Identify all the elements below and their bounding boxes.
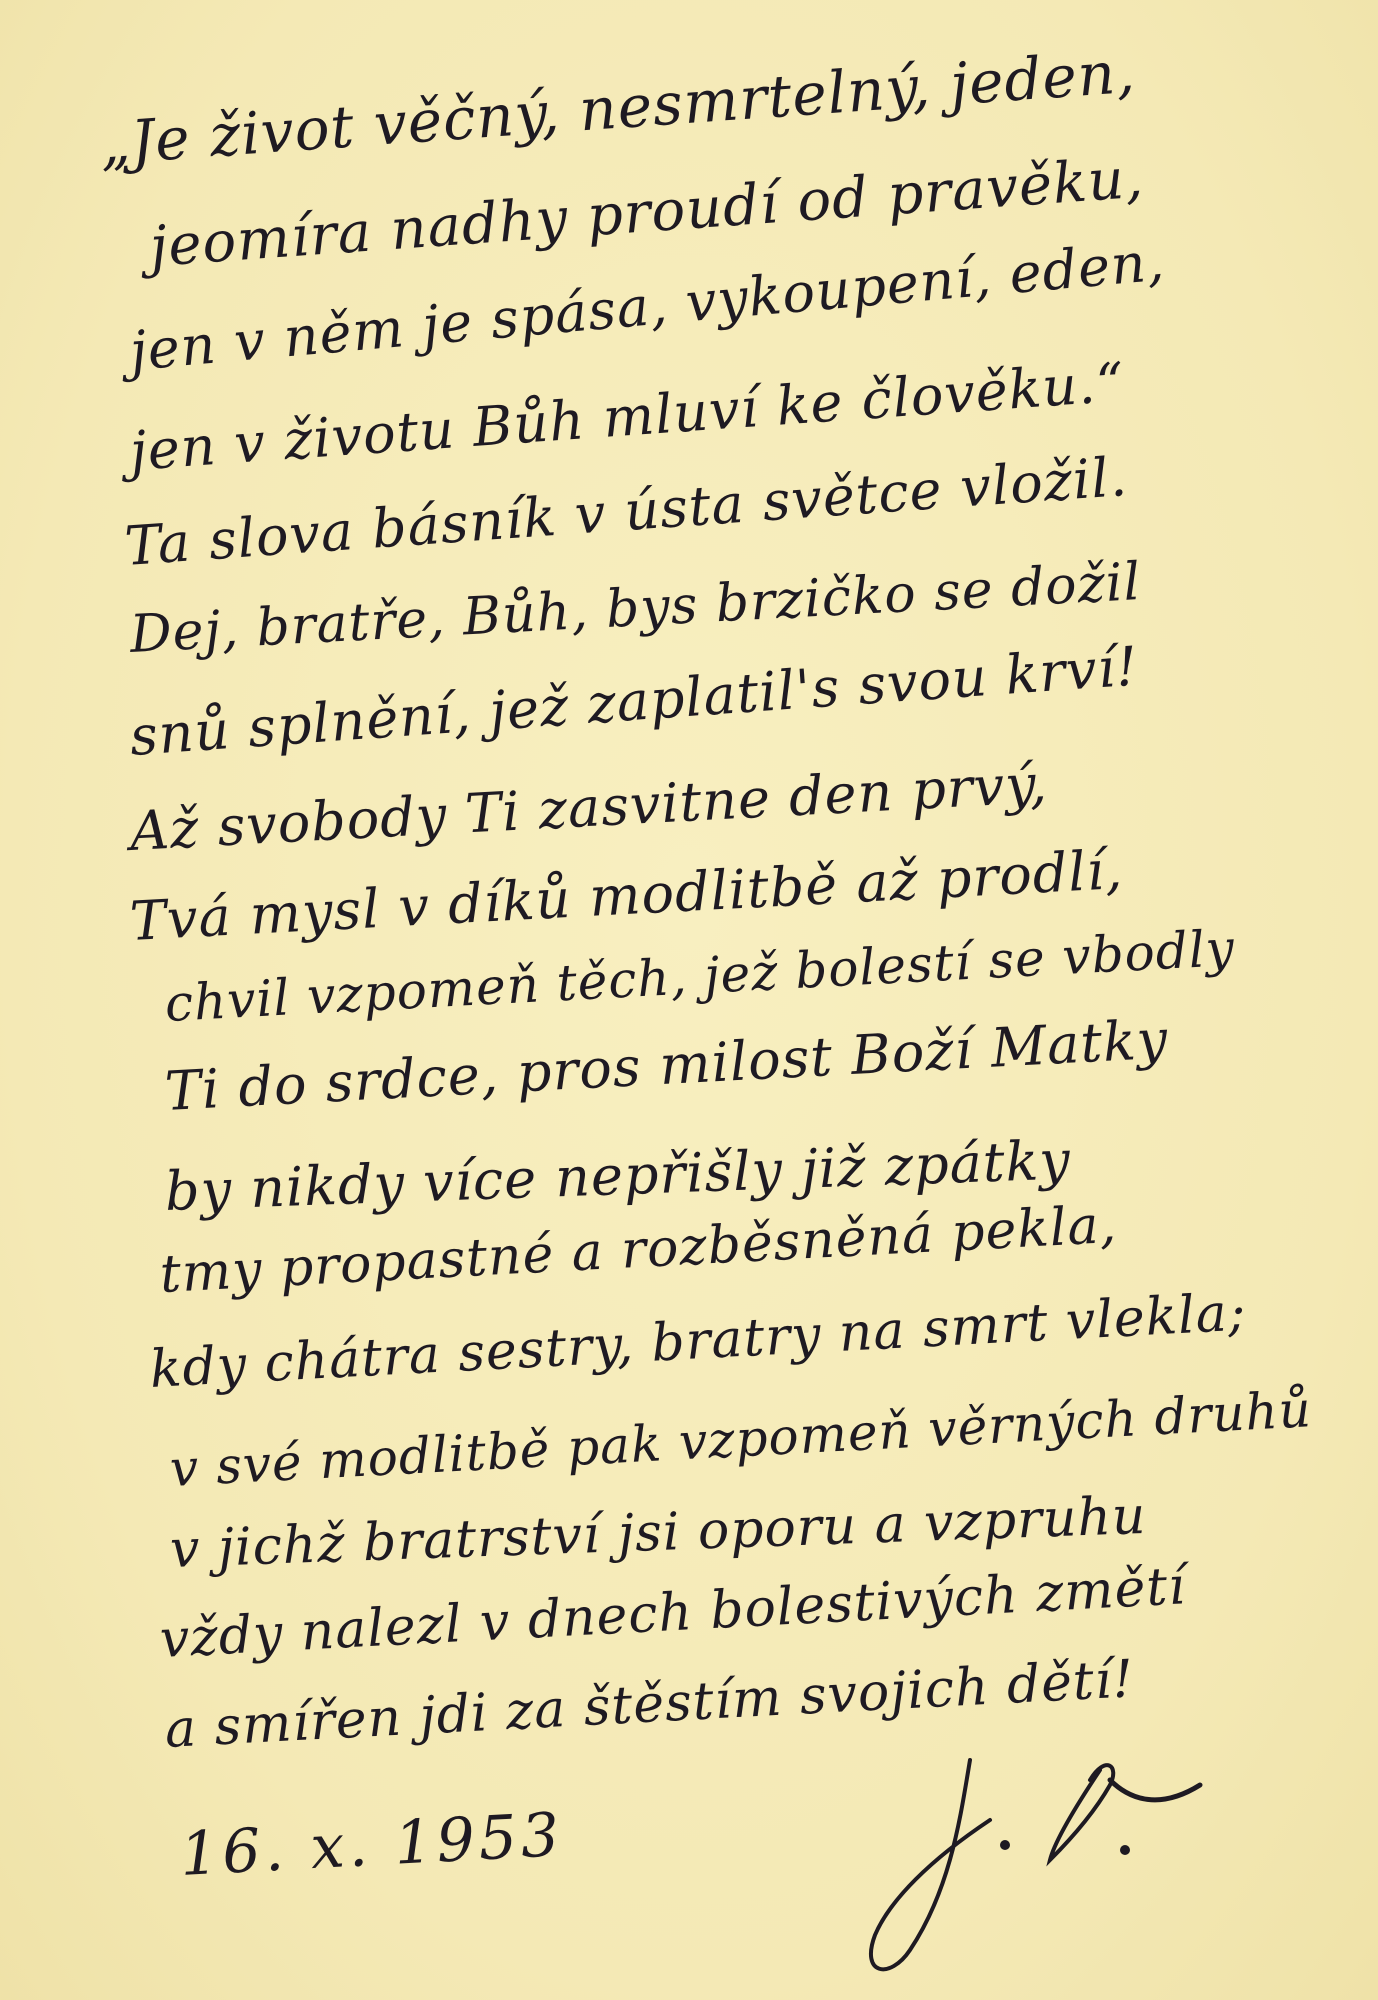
handwritten-page: „Je život věčný, nesmrtelný, jeden, jeom… [0, 0, 1378, 2000]
signature: J. V. [800, 1740, 1260, 1980]
poem-line-15: v své modlitbě pak vzpomeň věrných druhů [168, 1380, 1313, 1498]
svg-text:J. V.: J. V. [800, 1740, 827, 1744]
date-line: 16. x. 1953 [178, 1800, 564, 1890]
poem-line-8: Až svobody Ti zasvitne den prvý, [128, 752, 1049, 863]
poem-line-14: kdy chátra sestry, bratry na smrt vlekla… [148, 1283, 1247, 1400]
signature-glyph-icon: J. V. [800, 1740, 1260, 1980]
